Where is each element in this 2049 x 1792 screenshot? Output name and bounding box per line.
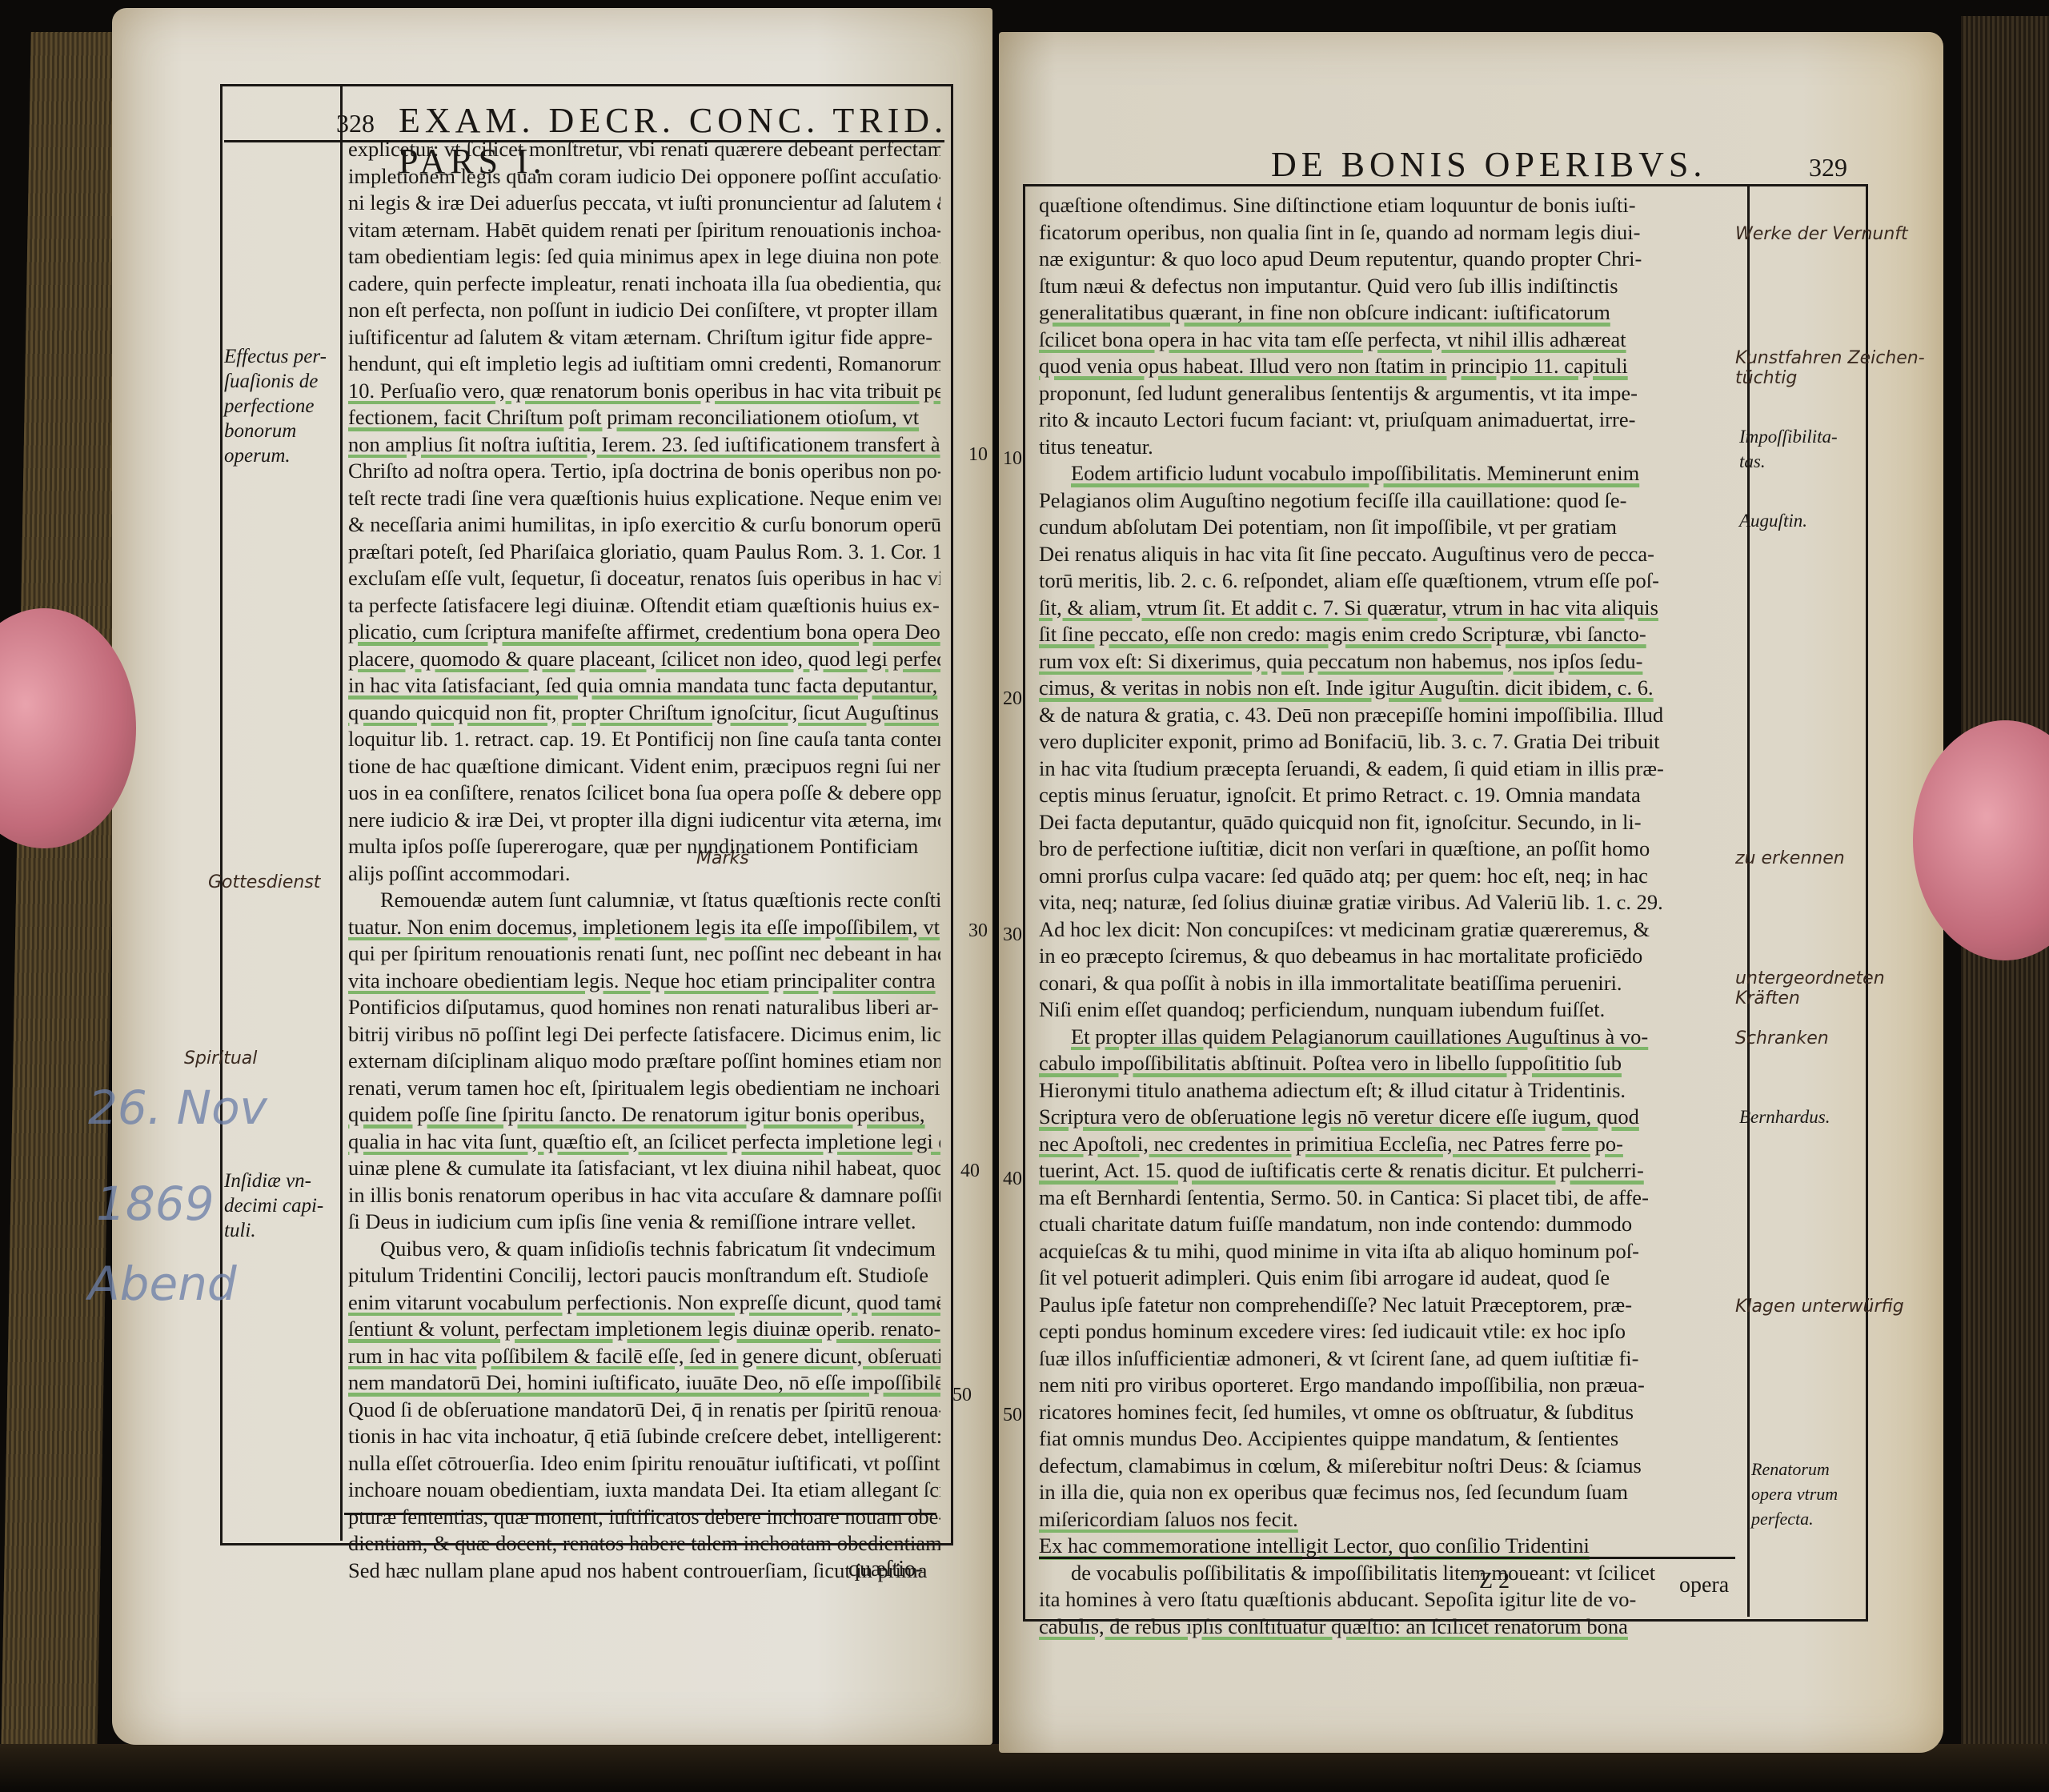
text-line: ficatorum operibus, non qualia ſint in ſ… xyxy=(1039,219,1743,247)
text-line: alijs poſſint accommodari. xyxy=(348,860,940,888)
text-line-highlighted: 10. Perſuaſio vero, quæ renatorum bonis … xyxy=(348,378,940,405)
line-number: 10 xyxy=(968,444,988,466)
text-line: Dei facta deputantur, quādo quicquid non… xyxy=(1039,809,1743,836)
text-line-highlighted: Et propter illas quidem Pelagianorum cau… xyxy=(1039,1024,1743,1051)
text-line: pitulum Tridentini Concilij, lectori pau… xyxy=(348,1262,940,1289)
text-line: ſit vel potuerit adimpleri. Quis enim ſi… xyxy=(1039,1265,1743,1292)
text-line-highlighted: fectionem, facit Chriſtum poſt primam re… xyxy=(348,404,940,431)
text-line-highlighted: enim vitarunt vocabulum perfectionis. No… xyxy=(348,1289,940,1317)
handwritten-note: Kunstfahren Zeichen-tüchtig xyxy=(1735,348,1943,388)
text-line: vitam æternam. Habēt quidem renati per ſ… xyxy=(348,217,940,244)
text-line: proponunt, ſed ludunt generalibus ſenten… xyxy=(1039,380,1743,407)
text-line-highlighted: ſentiunt & volunt, perfectam impletionem… xyxy=(348,1316,940,1343)
line-number: 30 xyxy=(968,920,988,942)
marginal-gloss-effectus: Effectus per-ſuaſionis de perfectione bo… xyxy=(224,344,336,468)
text-line: de vocabulis poſſibilitatis & impoſſibil… xyxy=(1039,1560,1743,1587)
text-line: rito & incauto Lectori fucum faciant: vt… xyxy=(1039,407,1743,434)
text-line-highlighted: ſcilicet bona opera in hac vita tam eſſe… xyxy=(1039,327,1743,354)
right-running-head: DE BONIS OPERIBVS. 329 xyxy=(1271,144,1847,185)
line-number: 20 xyxy=(1003,688,1022,710)
text-line: nulla eſſet cōtrouerſia. Ideo enim ſpiri… xyxy=(348,1450,940,1477)
text-line-highlighted: cabulis, de rebus ipſis conſtituatur quæ… xyxy=(1039,1614,1743,1641)
text-line-highlighted: quod venia opus habeat. Illud vero non ſ… xyxy=(1039,353,1743,380)
text-line: vita, neq; naturæ, ſed ſolius diuinæ gra… xyxy=(1039,889,1743,916)
text-line: Ad hoc lex dicit: Non concupiſces: vt me… xyxy=(1039,916,1743,944)
text-line-highlighted: ſit, & aliam, vtrum ſit. Et addit c. 7. … xyxy=(1039,595,1743,622)
left-page-body-text: explicetur: vt ſcilicet monſtretur, vbi … xyxy=(348,136,940,1584)
text-line: nere iudicio & iræ Dei, vt propter illa … xyxy=(348,807,940,834)
text-line-highlighted: Ex hac commemoratione intelligit Lector,… xyxy=(1039,1533,1743,1560)
text-line: ſi Deus in iudicium cum ipſis ſine venia… xyxy=(348,1209,940,1236)
text-line-highlighted: non amplius ſit noſtra iuſtitia, Ierem. … xyxy=(348,431,940,459)
text-line-highlighted: rum in hac vita poſſibilem & facilē eſſe… xyxy=(348,1343,940,1370)
text-line: explicetur: vt ſcilicet monſtretur, vbi … xyxy=(348,136,940,163)
text-line: quæſtione oſtendimus. Sine diſtinctione … xyxy=(1039,192,1743,219)
text-line: qui per ſpiritum renouationis renati ſun… xyxy=(348,940,940,968)
text-line: in eo præcepto ſciremus, & quo debeamus … xyxy=(1039,943,1743,970)
text-line: defectum, clamabimus in cœlum, & miſereb… xyxy=(1039,1453,1743,1480)
right-margin-rule xyxy=(1747,184,1750,1617)
text-line: fiat omnis mundus Deo. Accipientes quipp… xyxy=(1039,1425,1743,1453)
marginal-gloss-insidiae: Inſidiæ vn-decimi capi-tuli. xyxy=(224,1169,336,1243)
footer-rule xyxy=(344,1513,936,1515)
text-line: Paulus ipſe fatetur non comprehendiſſe? … xyxy=(1039,1292,1743,1319)
text-line: Niſi enim eſſet quandoq; perficiendum, n… xyxy=(1039,996,1743,1024)
pencil-note-date: 26. Nov xyxy=(88,1080,267,1135)
pencil-note-year: 1869 xyxy=(96,1177,215,1231)
page-number: 329 xyxy=(1809,153,1847,182)
text-line: pturæ ſententias, quæ monent, iuſtificat… xyxy=(348,1504,940,1531)
text-line: ſuæ illos inſufficientiæ admoneri, & vt … xyxy=(1039,1345,1743,1373)
page-number: 328 xyxy=(336,109,375,138)
line-number: 30 xyxy=(1003,924,1022,946)
handwritten-note: Klagen unterwürfig xyxy=(1735,1297,1904,1317)
text-line: & de natura & gratia, c. 43. Deū non præ… xyxy=(1039,702,1743,729)
text-line: præſtari poteſt, ſed Phariſaica gloriati… xyxy=(348,539,940,566)
text-line: ma eſt Bernhardi ſententia, Sermo. 50. i… xyxy=(1039,1185,1743,1212)
pencil-note-word: Abend xyxy=(88,1257,237,1311)
text-line-highlighted: tuerint, Act. 15. quod de iuſtificatis c… xyxy=(1039,1157,1743,1185)
marginal-gloss-renatorum: Renatorum opera vtrum perfecta. xyxy=(1751,1457,1847,1531)
text-line: uinæ plene & cumulate ita ſatisfaciant, … xyxy=(348,1155,940,1182)
text-line-highlighted: tuatur. Non enim docemus, impletionem le… xyxy=(348,914,940,941)
text-line: ctuali charitate datum fuiſſe mandatum, … xyxy=(1039,1211,1743,1238)
text-line-highlighted: quidem poſſe ſine ſpiritu ſancto. De ren… xyxy=(348,1101,940,1129)
handwritten-note: Schranken xyxy=(1735,1028,1829,1048)
running-head-title: DE BONIS OPERIBVS. xyxy=(1271,144,1706,185)
text-line: impletionem legis quam coram iudicio Dei… xyxy=(348,163,940,190)
text-line: acquieſcas & tu mihi, quod minime in vit… xyxy=(1039,1238,1743,1265)
signature-mark: Z 2 xyxy=(1479,1569,1510,1594)
text-line-highlighted: cimus, & veritas in nobis non eſt. Inde … xyxy=(1039,675,1743,702)
text-line: Quod ſi de obſeruatione mandatorū Dei, q… xyxy=(348,1397,940,1424)
text-line: in illis bonis renatorum operibus in hac… xyxy=(348,1182,940,1209)
text-line: non eſt perfecta, non poſſunt in iudicio… xyxy=(348,297,940,324)
handwritten-note: zu erkennen xyxy=(1735,848,1845,868)
text-line: multa ipſos poſſe ſupererogare, quæ per … xyxy=(348,833,940,860)
handwritten-note: Werke der Vernunft xyxy=(1735,224,1908,244)
text-line: uos in ea conſiſtere, renatos ſcilicet b… xyxy=(348,780,940,807)
text-line-highlighted: placere, quomodo & quare placeant, ſcili… xyxy=(348,646,940,673)
text-line-highlighted: qualia in hac vita ſunt, quæſtio eſt, an… xyxy=(348,1129,940,1156)
line-number: 50 xyxy=(1003,1405,1022,1426)
footer-rule xyxy=(1039,1557,1735,1559)
text-line: teſt recte tradi ſine vera quæſtionis hu… xyxy=(348,485,940,512)
text-line: dientiam, & quæ docent, renatos habere t… xyxy=(348,1530,940,1557)
text-line: bro de perfectione iuſtitiæ, dicit non v… xyxy=(1039,836,1743,863)
text-line: næ exiguntur: & quo loco apud Deum reput… xyxy=(1039,246,1743,273)
text-line-highlighted: rum vox eſt: Si dixerimus, quia peccatum… xyxy=(1039,648,1743,676)
text-line: omni prorſus culpa vacare: ſed quādo atq… xyxy=(1039,863,1743,890)
text-line-highlighted: nec Apoſtoli, nec credentes in primitiua… xyxy=(1039,1131,1743,1158)
text-line: hendunt, qui eſt impletio legis ad iuſti… xyxy=(348,351,940,378)
text-line: in illa die, quia non ex operibus quæ fe… xyxy=(1039,1479,1743,1506)
catchword: opera xyxy=(1679,1573,1729,1598)
text-line: tionis in hac vita inchoatur, q̄ etiā ſu… xyxy=(348,1423,940,1450)
marginal-gloss-augustin: Auguſtin. xyxy=(1739,508,1807,533)
right-page: DE BONIS OPERIBVS. 329 Impoſſibilita-tas… xyxy=(999,32,1943,1753)
text-line: Hieronymi titulo anathema adiectum eſt; … xyxy=(1039,1077,1743,1104)
left-page: 328 EXAM. DECR. CONC. TRID. PARS I. Effe… xyxy=(112,8,992,1745)
text-line-highlighted: vita inchoare obedientiam legis. Neque h… xyxy=(348,968,940,995)
text-line: Pontificios diſputamus, quod homines non… xyxy=(348,994,940,1021)
text-line: excluſam eſſe vult, ſequetur, ſi doceatu… xyxy=(348,565,940,592)
text-line: cadere, quin perfecte impleatur, renati … xyxy=(348,271,940,298)
text-line-highlighted: ſit ſine peccato, eſſe non credo: magis … xyxy=(1039,621,1743,648)
text-line-highlighted: miſericordiam ſaluos nos fecit. xyxy=(1039,1506,1743,1533)
text-line: nem niti pro viribus oporteret. Ergo man… xyxy=(1039,1372,1743,1399)
marginal-gloss-bernhardus: Bernhardus. xyxy=(1739,1104,1830,1129)
text-line: Dei renatus aliquis in hac vita ſit ſine… xyxy=(1039,541,1743,568)
text-line-highlighted: Eodem artificio ludunt vocabulo impoſſib… xyxy=(1039,460,1743,487)
left-margin-rule xyxy=(340,84,343,1541)
text-line: tione de hac quæſtione dimicant. Vident … xyxy=(348,753,940,780)
line-number: 40 xyxy=(960,1161,980,1182)
text-line: ceptis minus ſeruatur, ignoſcit. Et prim… xyxy=(1039,782,1743,809)
text-line: in hac vita ſtudium præcepta ſeruandi, &… xyxy=(1039,756,1743,783)
text-line: bitrij viribus nō poſſint legi Dei perfe… xyxy=(348,1021,940,1048)
text-line: vero dupliciter exponit, primo ad Bonifa… xyxy=(1039,728,1743,756)
catchword: quæſtio- xyxy=(848,1557,923,1582)
text-line: & neceſſaria animi humilitas, in ipſo ex… xyxy=(348,511,940,539)
text-line-highlighted: generalitatibus quærant, in fine non obſ… xyxy=(1039,299,1743,327)
text-line: Pelagianos olim Auguſtino negotium feciſ… xyxy=(1039,487,1743,515)
text-line-highlighted: cabulo impoſſibilitatis abſtinuit. Poſte… xyxy=(1039,1050,1743,1077)
text-line: loquitur lib. 1. retract. cap. 19. Et Po… xyxy=(348,726,940,753)
text-line-highlighted: plicatio, cum ſcriptura manifeſte affirm… xyxy=(348,619,940,646)
text-line: ſtum næui & defectus non imputantur. Qui… xyxy=(1039,273,1743,300)
book-edge-left xyxy=(1,32,127,1753)
right-page-body-text: quæſtione oſtendimus. Sine diſtinctione … xyxy=(1039,192,1743,1640)
text-line: tam obedientiam legis: ſed quia minimus … xyxy=(348,243,940,271)
text-line: titus teneatur. xyxy=(1039,434,1743,461)
text-line: ricatores homines fecit, ſed humiles, vt… xyxy=(1039,1399,1743,1426)
handwritten-note: untergeordneten Kräften xyxy=(1735,968,1943,1008)
handwritten-note: Gottesdienst xyxy=(208,872,320,892)
handwritten-note: Spiritual xyxy=(184,1048,257,1068)
text-line-highlighted: Scriptura vero de obſeruatione legis nō … xyxy=(1039,1104,1743,1131)
text-line: ni legis & iræ Dei aduerſus peccata, vt … xyxy=(348,190,940,217)
text-line: torū meritis, lib. 2. c. 6. reſpondet, a… xyxy=(1039,567,1743,595)
text-line: ita homines à vero ſtatu quæſtionis abdu… xyxy=(1039,1586,1743,1614)
text-line: ta perfecte ſatisfacere legi diuinæ. Oſt… xyxy=(348,592,940,619)
line-number: 10 xyxy=(1003,448,1022,470)
line-number: 50 xyxy=(952,1385,972,1406)
text-line: conari, & qua poſſit à nobis in illa imm… xyxy=(1039,970,1743,997)
line-number: 40 xyxy=(1003,1169,1022,1190)
text-line: cepti pondus hominum excedere vires: ſed… xyxy=(1039,1318,1743,1345)
text-line: renati, verum tamen hoc eſt, ſpiritualem… xyxy=(348,1075,940,1102)
text-line: inchoare nouam obedientiam, iuxta mandat… xyxy=(348,1477,940,1504)
text-line-highlighted: nem mandatorū Dei, homini iuſtificato, i… xyxy=(348,1369,940,1397)
text-line-highlighted: quando quicquid non fit, propter Chriſtu… xyxy=(348,700,940,727)
text-line: cundum abſolutam Dei potentiam, non ſit … xyxy=(1039,514,1743,541)
text-line: Remouendæ autem ſunt calumniæ, vt ſtatus… xyxy=(348,887,940,914)
marginal-gloss-impossibilitas: Impoſſibilita-tas. xyxy=(1739,424,1843,474)
text-line-highlighted: in hac vita ſatisfaciant, ſed quia omnia… xyxy=(348,672,940,700)
text-line: Chriſto ad noſtra opera. Tertio, ipſa do… xyxy=(348,458,940,485)
text-line: externam diſciplinam aliquo modo præſtar… xyxy=(348,1048,940,1075)
text-line: Quibus vero, & quam inſidioſis technis f… xyxy=(348,1236,940,1263)
text-line: iuſtificentur ad ſalutem & vitam æternam… xyxy=(348,324,940,351)
